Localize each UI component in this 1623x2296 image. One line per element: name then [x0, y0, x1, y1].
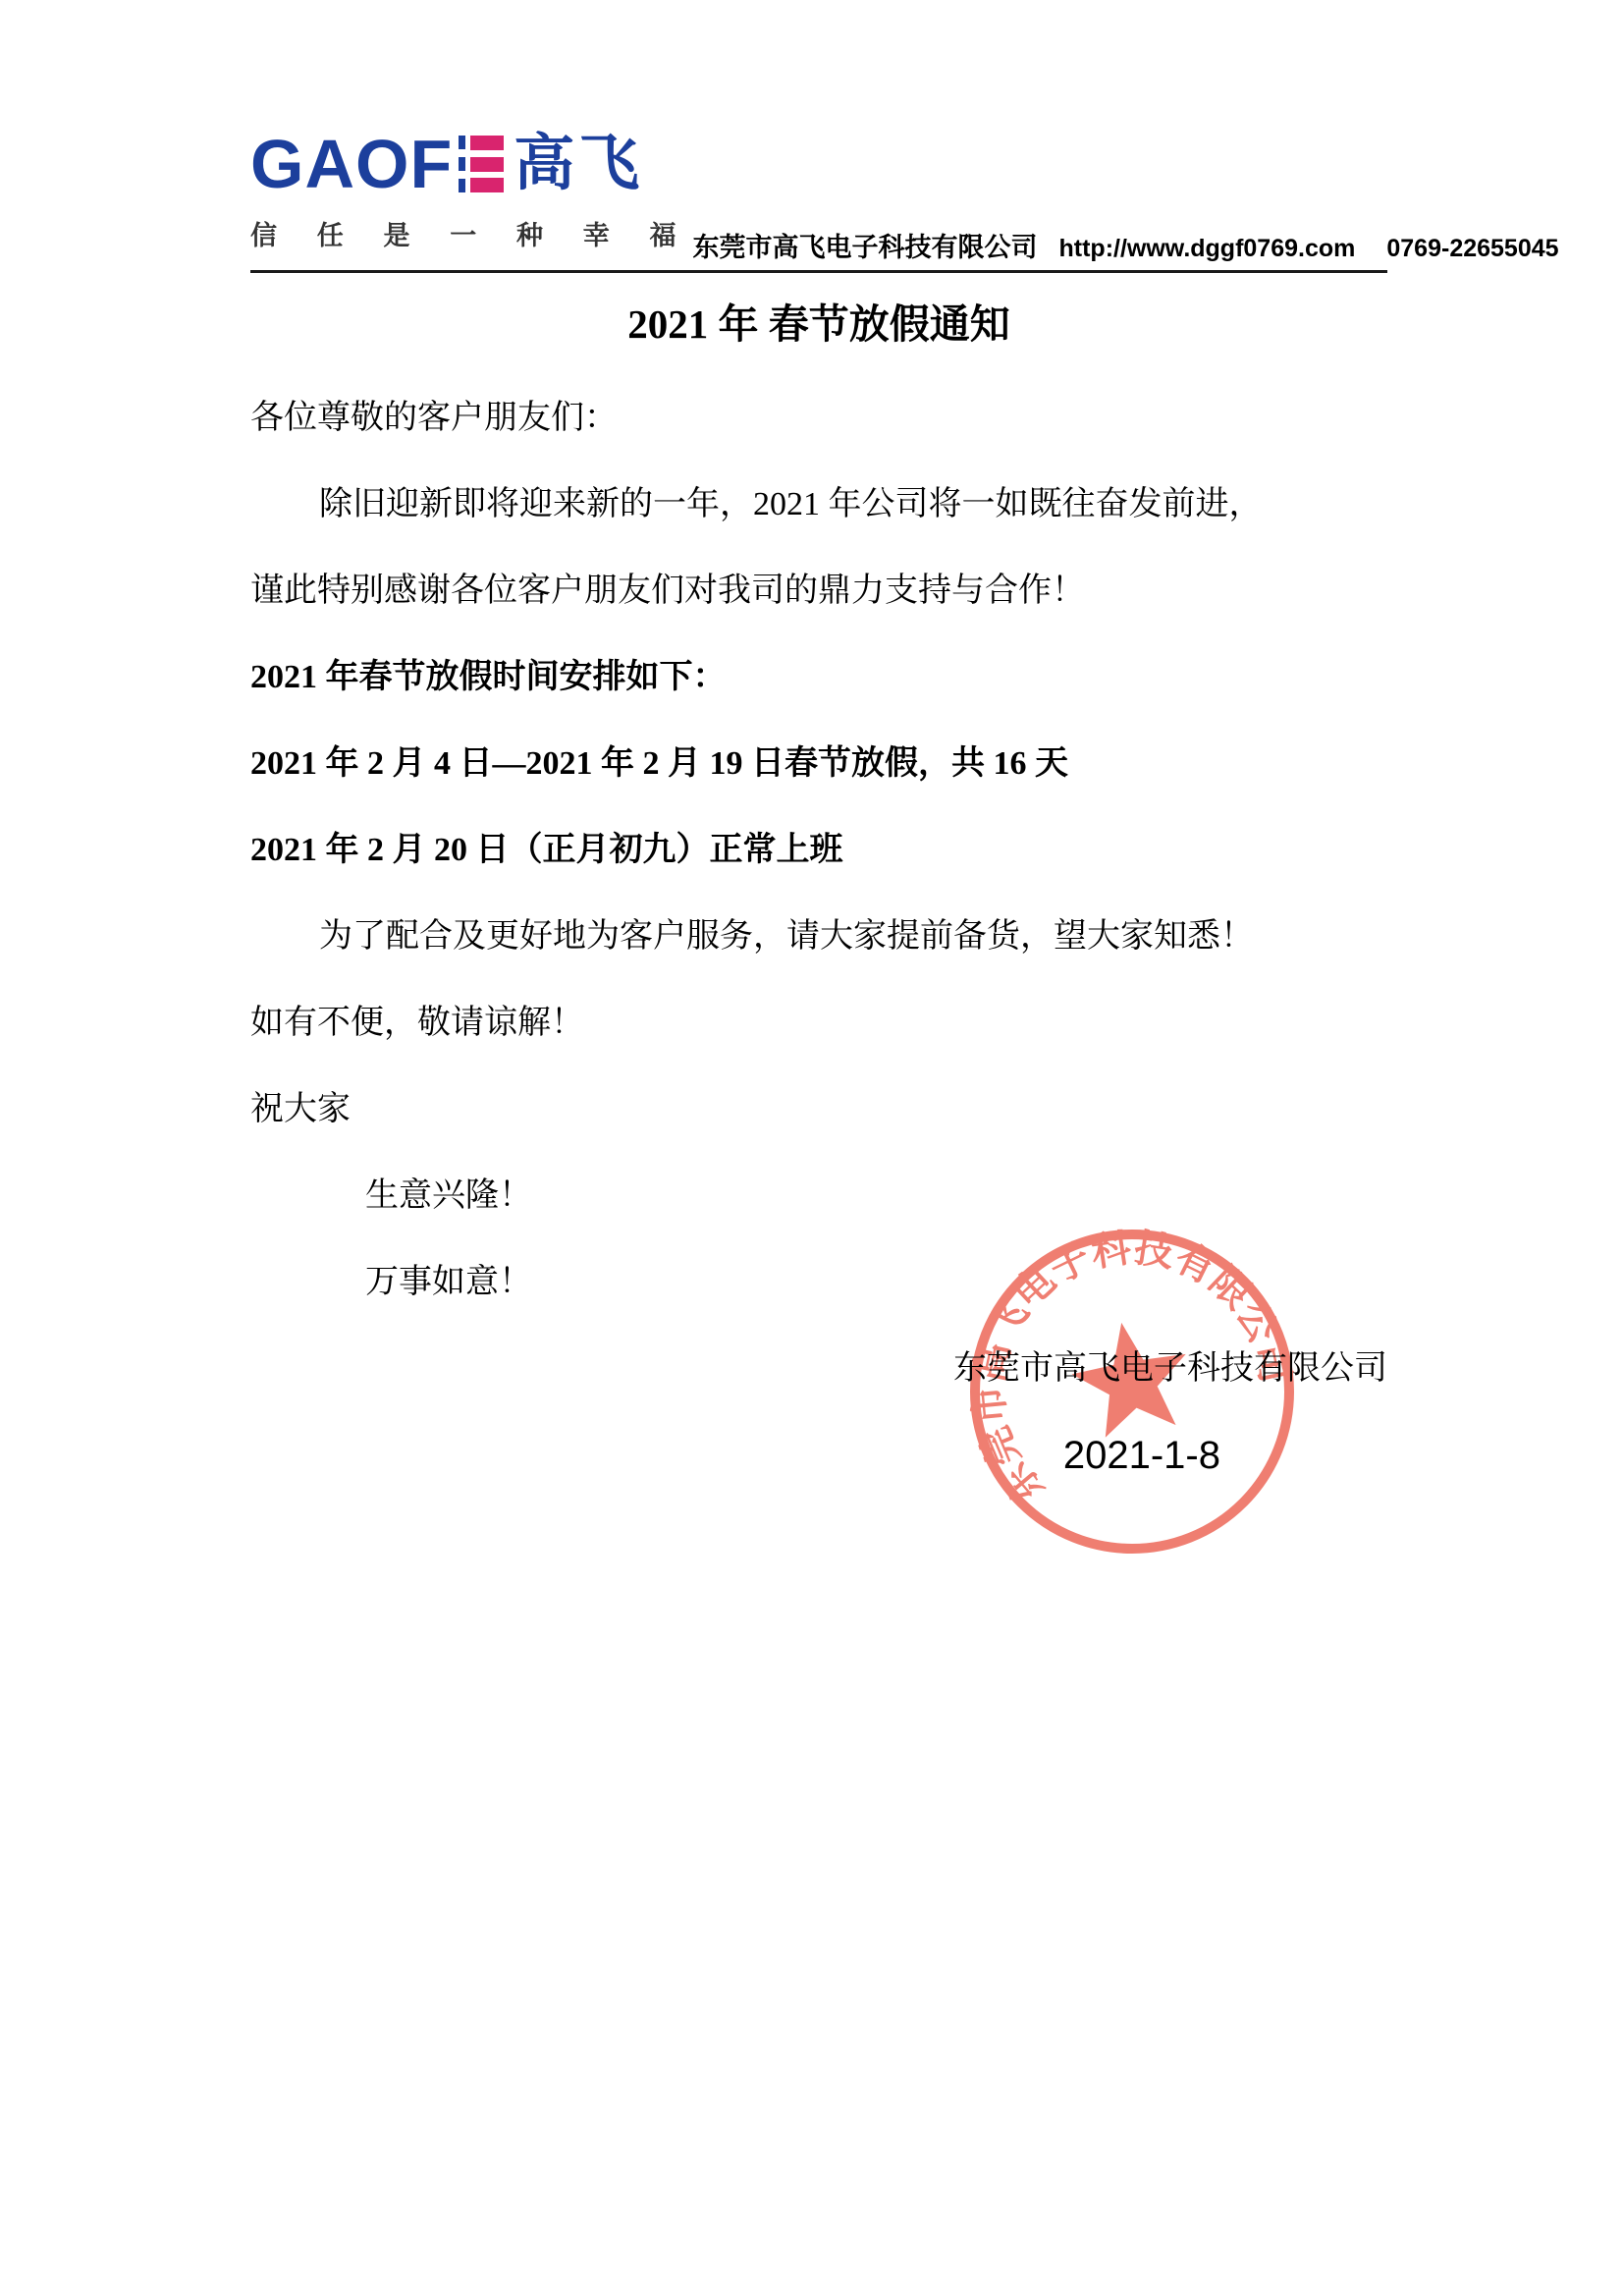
header-contact-line: 东莞市高飞电子科技有限公司 http://www.dggf0769.com 07… — [693, 226, 1559, 264]
notice-line-2: 如有不便，敬请谅解！ — [250, 980, 1387, 1066]
logo-bars-icon — [459, 136, 504, 192]
page-header: GAOF 高飞 信 任 是 一 种 幸 福 东莞市高飞电子科技有限公司 http… — [250, 116, 1387, 273]
return-to-work-line: 2021 年 2 月 20 日（正月初九）正常上班 — [250, 807, 1387, 894]
header-company-name: 东莞市高飞电子科技有限公司 — [693, 226, 1038, 264]
holiday-dates-line: 2021 年 2 月 4 日—2021 年 2 月 19 日春节放假，共 16 … — [250, 721, 1387, 807]
logo-tagline: 信 任 是 一 种 幸 福 — [250, 214, 693, 252]
document-body: 各位尊敬的客户朋友们： 除旧迎新即将迎来新的一年，2021 年公司将一如既往奋发… — [250, 375, 1387, 1499]
header-website-url: http://www.dggf0769.com — [1059, 235, 1356, 263]
intro-line-2: 谨此特别感谢各位客户朋友们对我司的鼎力支持与合作！ — [250, 548, 1387, 634]
signature-company-name: 东莞市高飞电子科技有限公司 — [250, 1326, 1387, 1412]
wish-line-1: 生意兴隆！ — [250, 1153, 1387, 1239]
document-title: 2021 年 春节放假通知 — [250, 295, 1387, 354]
notice-line-1: 为了配合及更好地为客户服务，请大家提前备货，望大家知悉！ — [250, 894, 1387, 980]
wish-line-2: 万事如意！ — [250, 1239, 1387, 1326]
header-phone-number: 0769-22655045 — [1386, 235, 1558, 263]
logo-latin-text: GAOF — [250, 130, 453, 198]
salutation-line: 各位尊敬的客户朋友们： — [250, 375, 1387, 462]
signature-date: 2021-1-8 — [250, 1412, 1387, 1499]
schedule-heading: 2021 年春节放假时间安排如下： — [250, 634, 1387, 721]
logo-cjk-text: 高飞 — [514, 134, 643, 194]
logo-row: GAOF 高飞 — [250, 126, 693, 202]
company-logo: GAOF 高飞 信 任 是 一 种 幸 福 — [250, 126, 693, 252]
wish-intro-line: 祝大家 — [250, 1066, 1387, 1153]
intro-line-1: 除旧迎新即将迎来新的一年，2021 年公司将一如既往奋发前进， — [250, 462, 1387, 548]
